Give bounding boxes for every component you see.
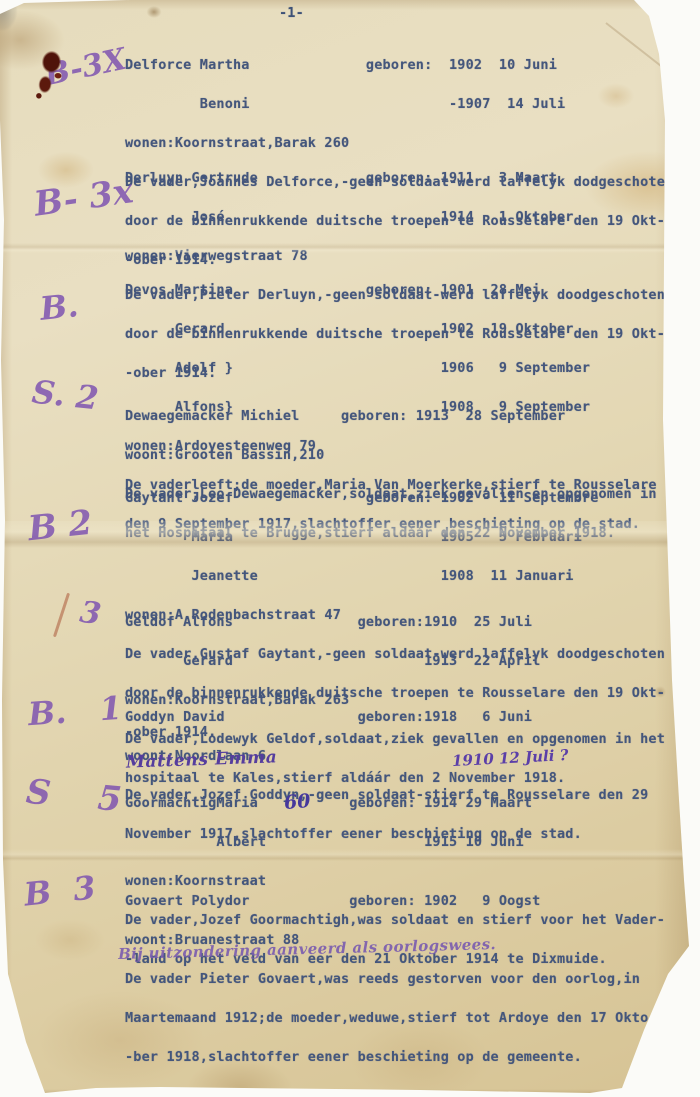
margin-code-gaytant: B 2 [26, 503, 94, 549]
typed-line: Geldof Alfons geboren:1910 25 Juli [0, 616, 700, 629]
typed-line: De vader Pieter Govaert,was reeds gestor… [0, 973, 700, 986]
typed-line: Gerard 1913 22 April [0, 655, 700, 668]
typed-line: Devos Martina geboren: 1901 28 Mei [0, 284, 700, 297]
entry-govaert: Govaert Polydor geboren: 1902 9 Oogst wo… [0, 869, 700, 1090]
handwritten-house-number: 60 [283, 790, 311, 814]
margin-code-dewaegemacker: S. 2 [30, 373, 100, 418]
margin-code-govaert: B 3 [22, 868, 97, 913]
ink-blot [34, 50, 67, 103]
typed-line: Govaert Polydor geboren: 1902 9 Oogst [0, 895, 700, 908]
typed-line: -ber 1918,slachtoffer eener beschieting … [0, 1051, 700, 1064]
typed-line: Dewaegemacker Michiel geboren: 1913 28 S… [0, 410, 700, 423]
typed-line: Adolf } 1906 9 September [0, 362, 700, 375]
page-number: -1- [279, 6, 304, 20]
typed-line: Gaytant Jozef geboren: 1902 - 11 Septemb… [0, 492, 700, 505]
typed-line: woont:Noordlaan 6 [0, 750, 700, 763]
typed-line: Maria 1905 5 Februari [0, 531, 700, 544]
typed-line: Gerard 1902 19 Oktober [0, 323, 700, 336]
typed-line: woont:Grooten Bassin,210 [0, 449, 700, 462]
margin-code-goddyn: B. 1 [27, 689, 123, 733]
typed-line: Albert 1915 10 Juni [0, 836, 700, 849]
margin-code-devos: B. [38, 286, 80, 328]
typed-line: Benoni -1907 14 Juli [0, 98, 700, 111]
paper-sheet: -1- Delforce Martha geboren: 1902 10 Jun… [0, 0, 700, 1097]
typed-line: Jeanette 1908 11 Januari [0, 570, 700, 583]
margin-code-goormachtig: S 5 [24, 772, 123, 820]
typed-line: Maartemaand 1912;de moeder,weduwe,stierf… [0, 1012, 700, 1025]
